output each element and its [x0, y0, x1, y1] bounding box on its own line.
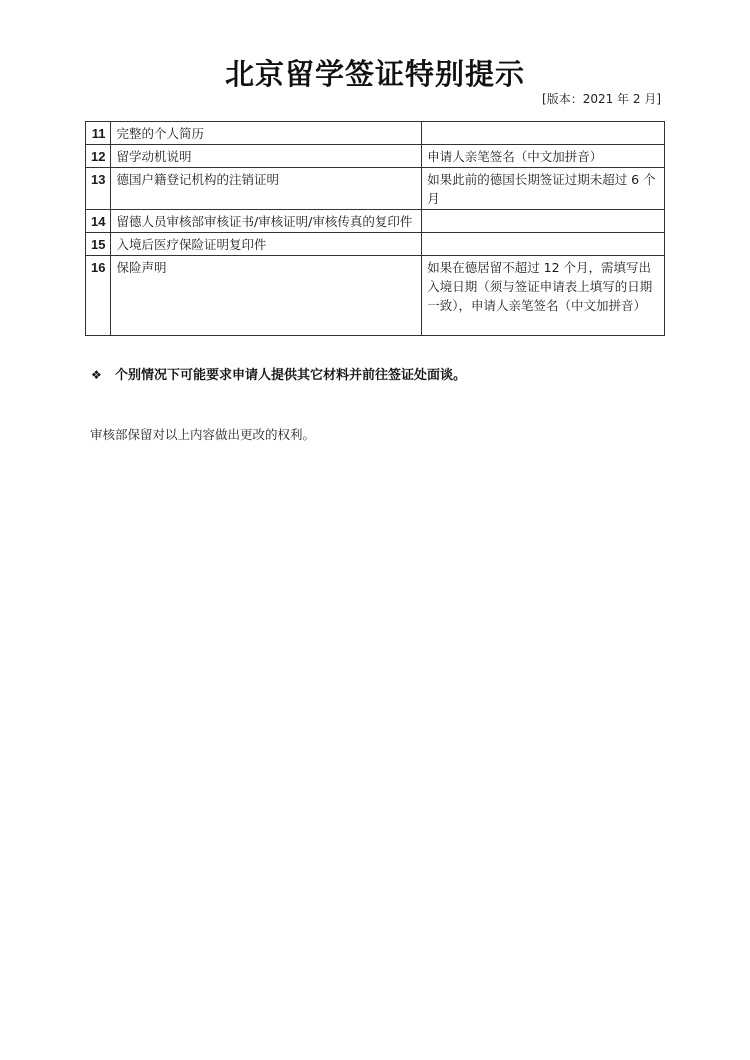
notice-line: ❖个别情况下可能要求申请人提供其它材料并前往签证处面谈。 — [91, 364, 466, 383]
row-note: 如果此前的德国长期签证过期未超过 6 个月 — [422, 168, 665, 210]
table-row: 12 留学动机说明 申请人亲笔签名（中文加拼音） — [86, 145, 665, 168]
table-row: 16 保险声明 如果在德居留不超过 12 个月，需填写出入境日期（须与签证申请表… — [86, 256, 665, 336]
row-note: 如果在德居留不超过 12 个月，需填写出入境日期（须与签证申请表上填写的日期一致… — [422, 256, 665, 336]
table-row: 15 入境后医疗保险证明复印件 — [86, 233, 665, 256]
row-number: 14 — [86, 210, 111, 233]
row-item: 德国户籍登记机构的注销证明 — [111, 168, 422, 210]
row-number: 16 — [86, 256, 111, 336]
row-number: 11 — [86, 122, 111, 145]
row-note: 申请人亲笔签名（中文加拼音） — [422, 145, 665, 168]
table-row: 13 德国户籍登记机构的注销证明 如果此前的德国长期签证过期未超过 6 个月 — [86, 168, 665, 210]
row-number: 12 — [86, 145, 111, 168]
row-number: 13 — [86, 168, 111, 210]
row-item: 完整的个人简历 — [111, 122, 422, 145]
row-note — [422, 233, 665, 256]
row-item: 保险声明 — [111, 256, 422, 336]
row-note — [422, 122, 665, 145]
notice-text: 个别情况下可能要求申请人提供其它材料并前往签证处面谈。 — [115, 368, 466, 383]
row-note — [422, 210, 665, 233]
row-item: 入境后医疗保险证明复印件 — [111, 233, 422, 256]
table-row: 11 完整的个人简历 — [86, 122, 665, 145]
requirements-table: 11 完整的个人简历 12 留学动机说明 申请人亲笔签名（中文加拼音） 13 德… — [85, 121, 665, 336]
row-item: 留学动机说明 — [111, 145, 422, 168]
table-row: 14 留德人员审核部审核证书/审核证明/审核传真的复印件 — [86, 210, 665, 233]
row-number: 15 — [86, 233, 111, 256]
document-title: 北京留学签证特别提示 — [0, 52, 750, 93]
diamond-bullet-icon: ❖ — [91, 368, 115, 382]
footer-note: 审核部保留对以上内容做出更改的权利。 — [90, 425, 315, 443]
row-item: 留德人员审核部审核证书/审核证明/审核传真的复印件 — [111, 210, 422, 233]
version-label: [版本：2021 年 2 月] — [542, 90, 661, 107]
